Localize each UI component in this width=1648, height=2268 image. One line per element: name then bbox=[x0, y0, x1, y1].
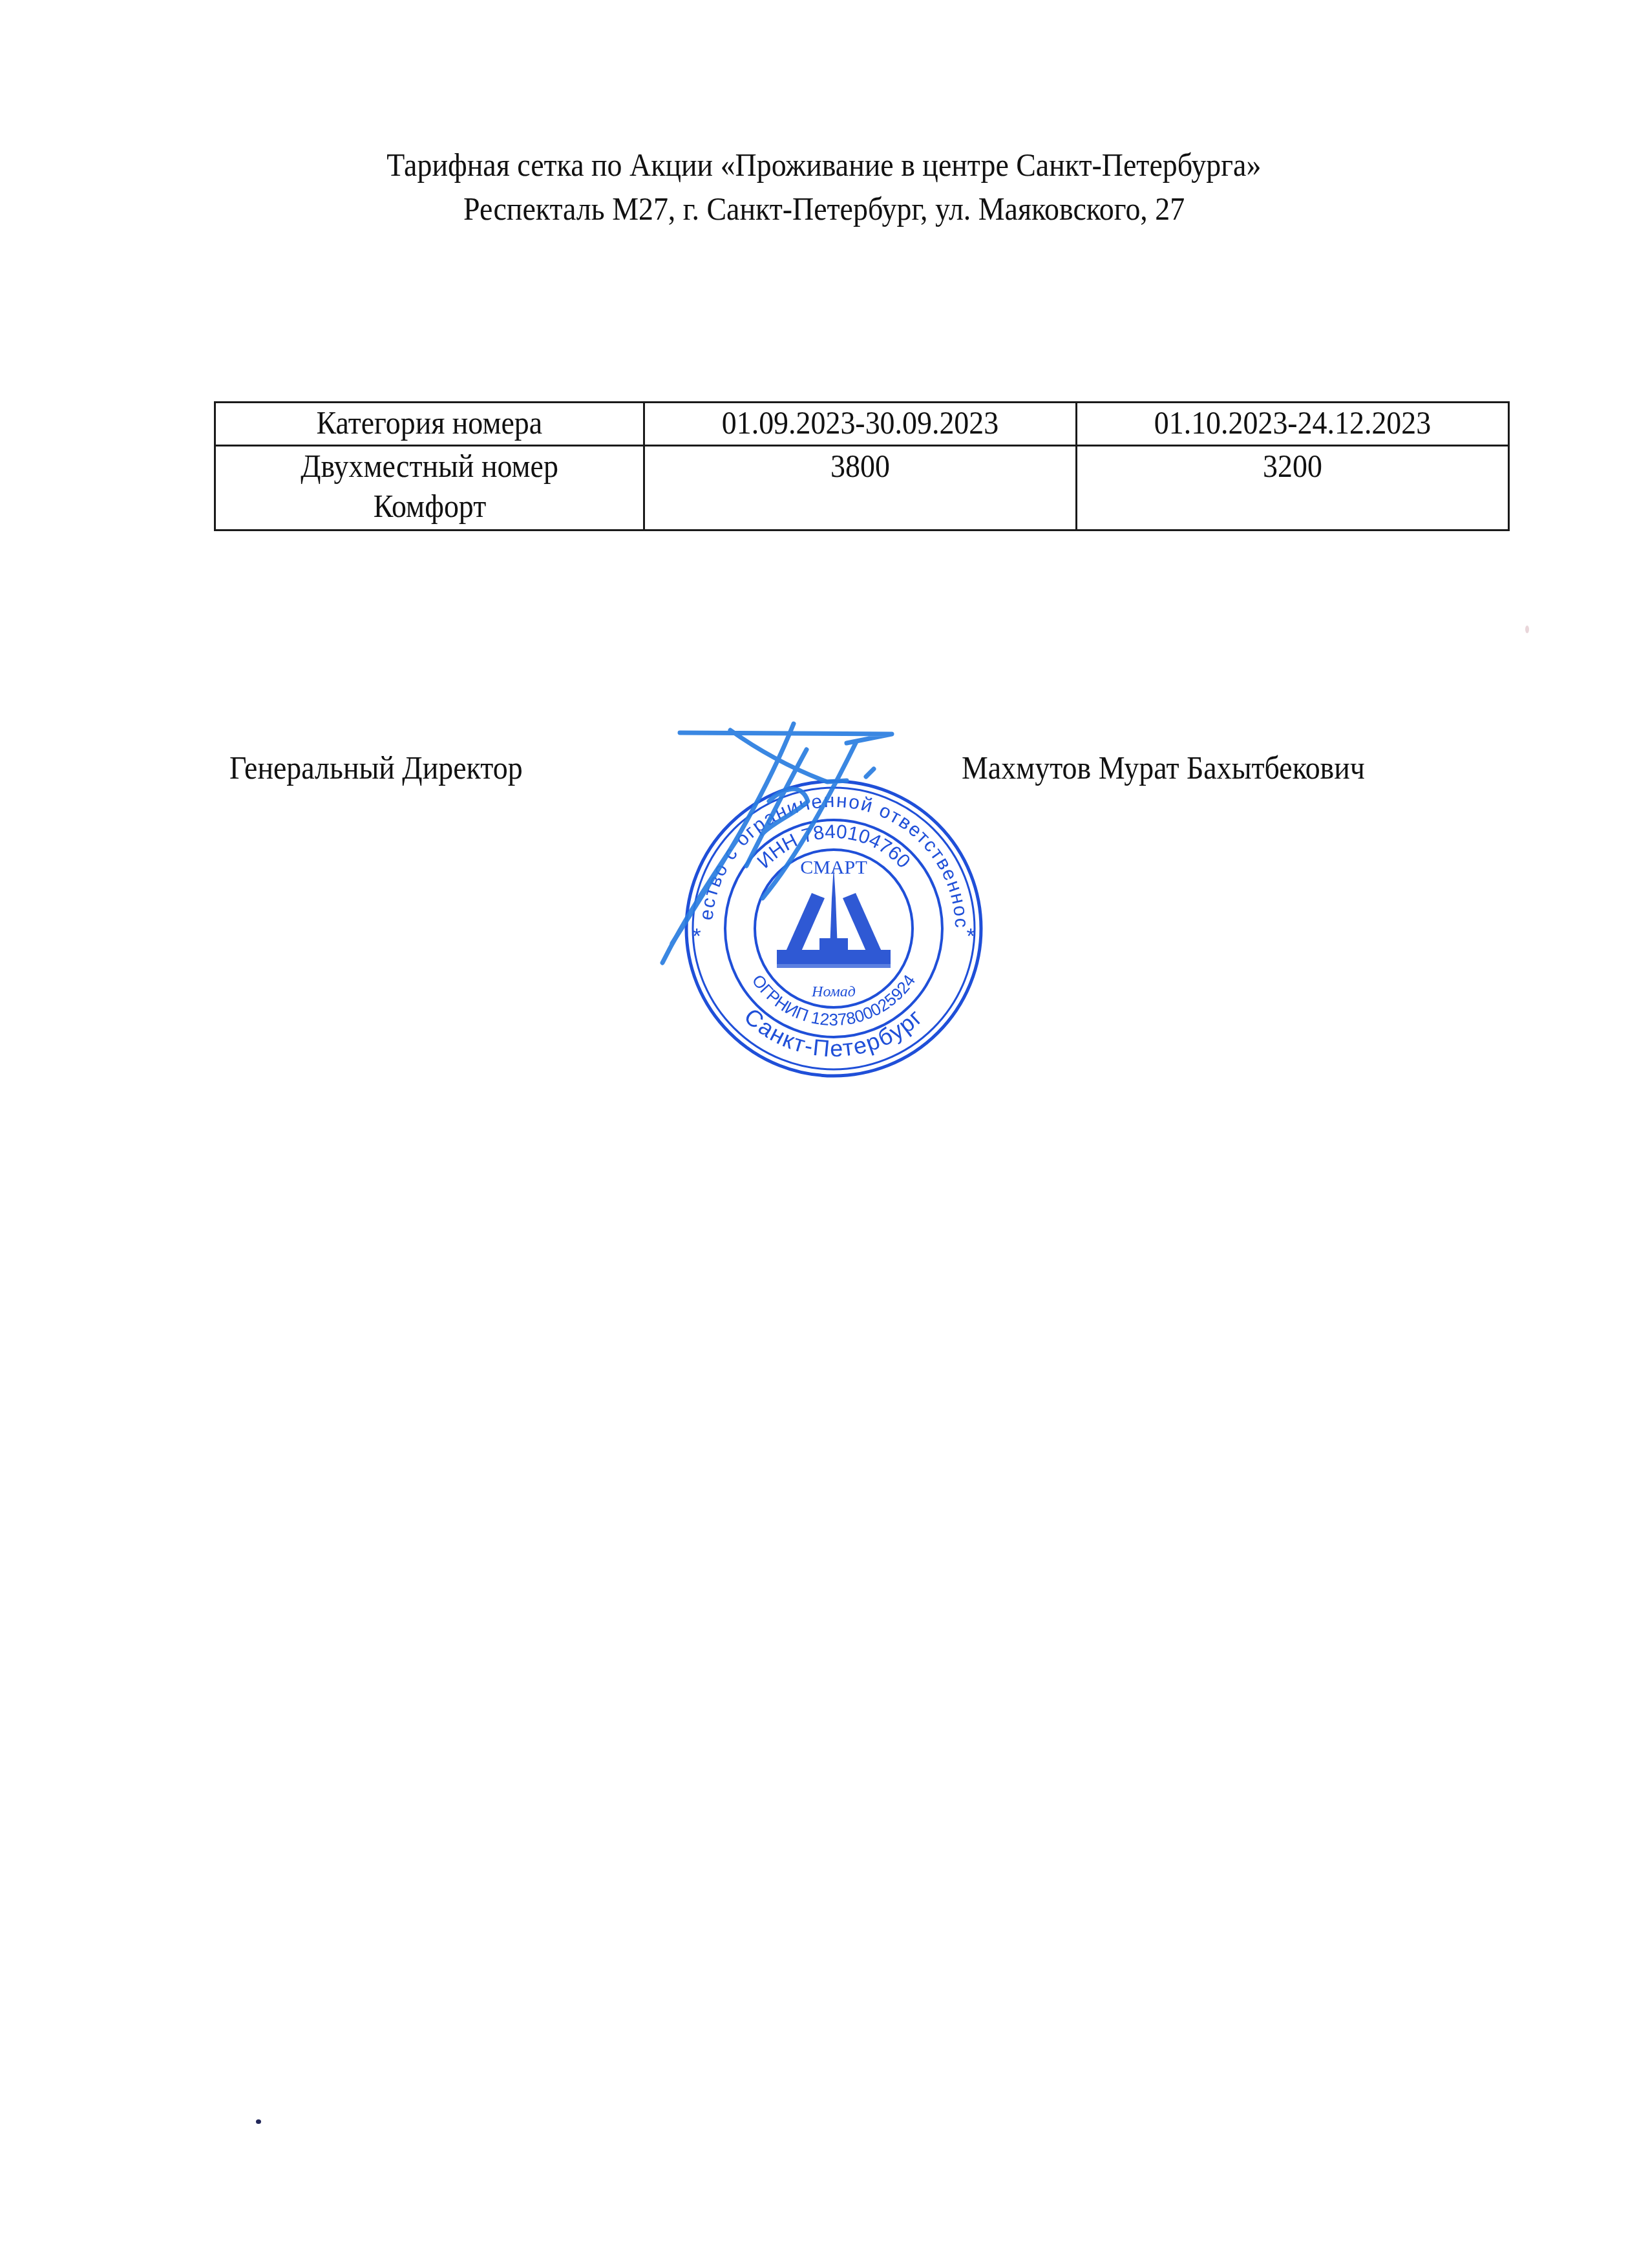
header-period-2: 01.10.2023-24.12.2023 bbox=[1077, 403, 1509, 446]
title-line-2: Респекталь М27, г. Санкт-Петербург, ул. … bbox=[463, 187, 1185, 231]
cell-price-period-1: 3800 bbox=[644, 446, 1077, 530]
header-room-category: Категория номера bbox=[215, 403, 644, 446]
scan-speck bbox=[256, 2119, 261, 2124]
stamp-star-right-icon: * bbox=[966, 924, 975, 949]
cell-room-category: Двухместный номер Комфорт bbox=[215, 446, 644, 530]
table-row: Двухместный номер Комфорт 3800 3200 bbox=[215, 446, 1509, 530]
scan-speck bbox=[1525, 625, 1529, 633]
stamp-label-nomad: Номад bbox=[811, 983, 856, 1000]
company-stamp: Общество с ограниченной ответственностью… bbox=[633, 704, 1034, 1105]
stamp-outer-text: Общество с ограниченной ответственностью bbox=[633, 704, 972, 929]
table-header-row: Категория номера 01.09.2023-30.09.2023 0… bbox=[215, 403, 1509, 446]
title-line-1: Тарифная сетка по Акции «Проживание в це… bbox=[386, 143, 1261, 187]
cell-price-period-2: 3200 bbox=[1077, 446, 1509, 530]
header-period-1: 01.09.2023-30.09.2023 bbox=[644, 403, 1077, 446]
document-title: Тарифная сетка по Акции «Проживание в це… bbox=[0, 143, 1648, 231]
bridge-emblem-icon bbox=[777, 866, 891, 968]
tariff-table: Категория номера 01.09.2023-30.09.2023 0… bbox=[214, 401, 1510, 531]
signatory-position: Генеральный Директор bbox=[229, 750, 555, 787]
stamp-star-left-icon: * bbox=[692, 924, 701, 949]
